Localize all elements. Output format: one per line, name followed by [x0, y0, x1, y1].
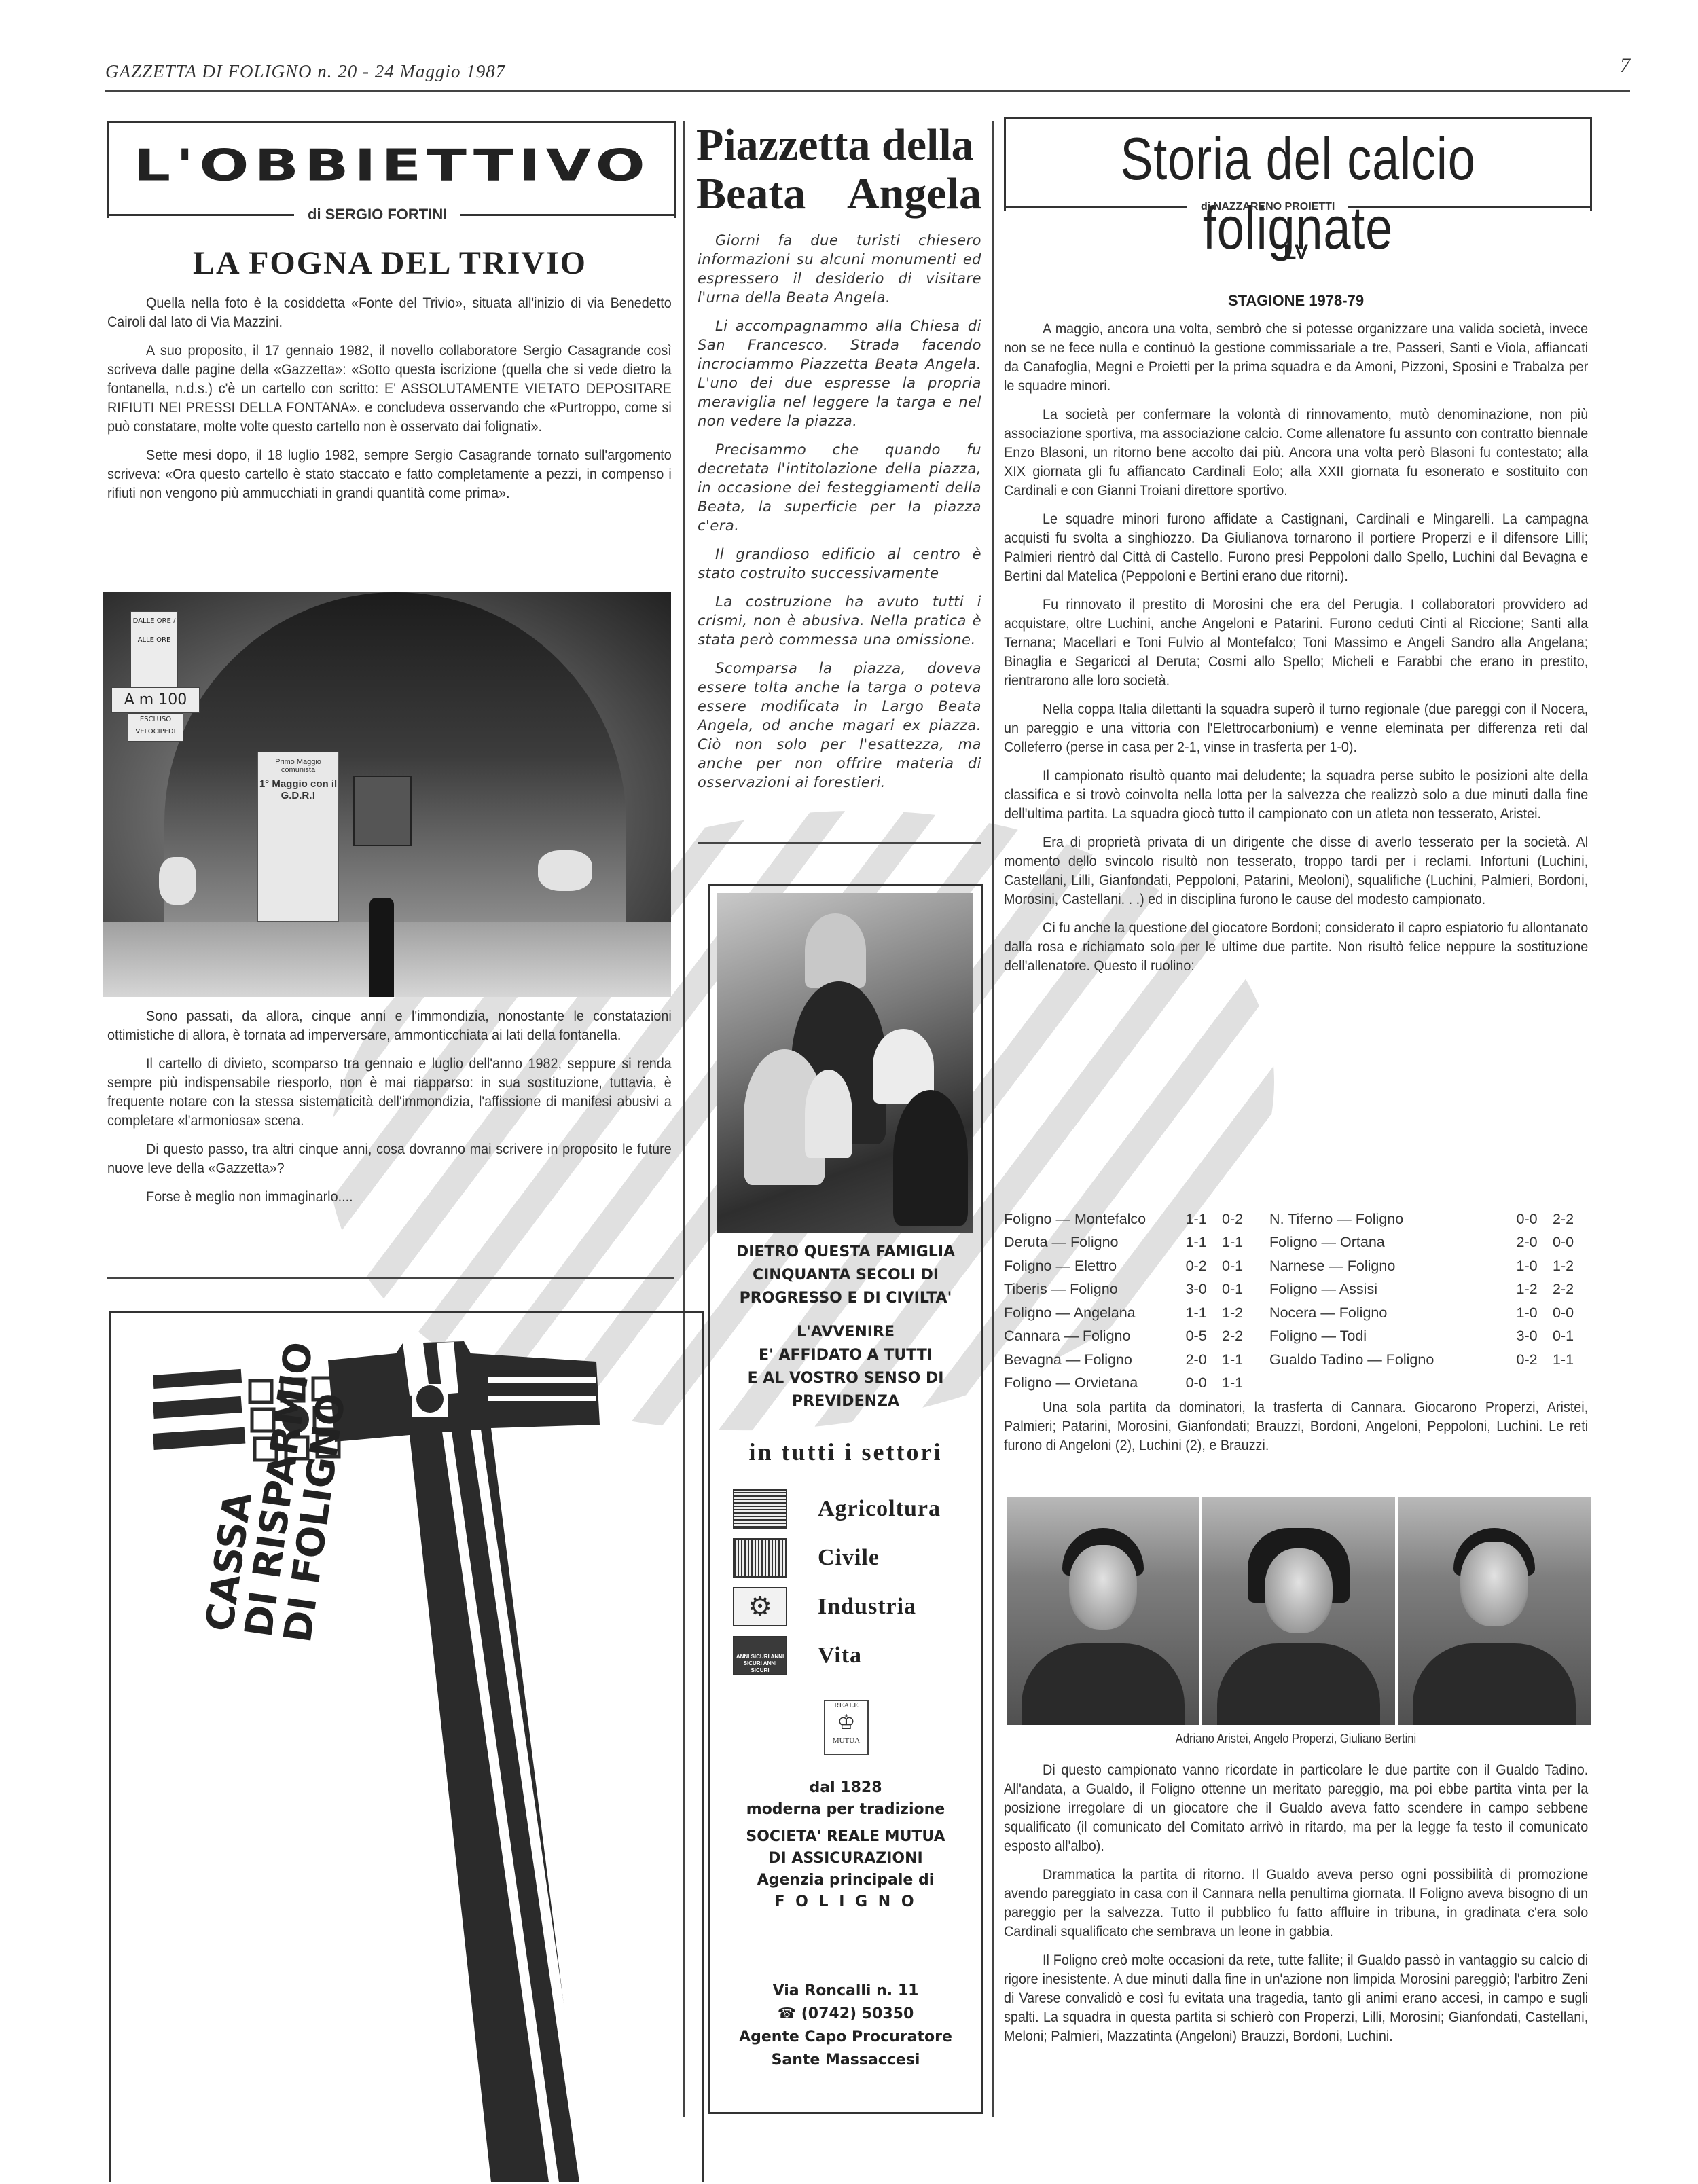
sign-hours: DALLE ORE / ALLE ORE: [130, 611, 178, 694]
score-cell: 1-1: [1186, 1207, 1222, 1231]
paragraph: Di questo campionato vanno ricordate in …: [1004, 1760, 1588, 1855]
tree-landscape-icon: [733, 1489, 787, 1529]
paragraph: Precisammo che quando fu decretata l'int…: [698, 440, 981, 535]
ad-slogan-1: DIETRO QUESTA FAMIGLIA CINQUANTA SECOLI …: [710, 1241, 981, 1310]
ad-contact-info: Via Roncalli n. 11 ☎ (0742) 50350 Agente…: [710, 1980, 981, 2072]
article-body-a: A maggio, ancora una volta, sembrò che s…: [1004, 319, 1588, 975]
score-cell: 0-2: [1222, 1207, 1269, 1231]
sector-civile: Civile: [733, 1538, 880, 1578]
paragraph: Forse è meglio non immaginarlo....: [107, 1187, 672, 1206]
paragraph: Fu rinnovato il prestito di Morosini che…: [1004, 595, 1588, 690]
score-cell: 3-0: [1186, 1278, 1222, 1302]
results-row: Foligno — Angelana1-11-2Nocera — Foligno…: [1004, 1301, 1588, 1325]
results-row: Bevagna — Foligno2-01-1Gualdo Tadino — F…: [1004, 1348, 1588, 1372]
player-photo-aristei: [1007, 1497, 1199, 1725]
paragraph: Una sola partita da dominatori, la trasf…: [1004, 1398, 1588, 1455]
paragraph: La società per confermare la volontà di …: [1004, 405, 1588, 500]
match-cell: Cannara — Foligno: [1004, 1325, 1186, 1349]
results-row: Foligno — Montefalco1-10-2N. Tiferno — F…: [1004, 1207, 1588, 1231]
coat-of-arms-icon: ♔: [825, 1709, 867, 1736]
ad-sectors-title: in tutti i settori: [710, 1438, 981, 1466]
article-headline: LA FOGNA DEL TRIVIO: [107, 244, 672, 282]
match-cell: Foligno — Todi: [1269, 1325, 1517, 1349]
ad-reale-mutua: DIETRO QUESTA FAMIGLIA CINQUANTA SECOLI …: [708, 884, 983, 2114]
byline-nazzareno-proietti: di NAZZARENO PROIETTI: [1201, 201, 1335, 213]
header-rule: [105, 90, 1630, 92]
score-cell: 0-5: [1186, 1325, 1222, 1349]
score-cell: 1-2: [1517, 1278, 1553, 1302]
family-house-icon: [733, 1538, 787, 1578]
score-cell: 0-1: [1222, 1254, 1269, 1278]
paragraph: Ci fu anche la questione del giocatore B…: [1004, 918, 1588, 975]
page-number: 7: [1620, 54, 1630, 77]
score-cell: 0-0: [1517, 1207, 1553, 1231]
photo-players: [1007, 1497, 1591, 1725]
match-cell: Narnese — Foligno: [1269, 1254, 1517, 1278]
results-table: Foligno — Montefalco1-10-2N. Tiferno — F…: [1004, 1207, 1588, 1395]
column-title-box: Storia del calcio folignate: [1004, 117, 1592, 211]
paragraph: Era di proprietà privata di un dirigente…: [1004, 833, 1588, 909]
paragraph: Li accompagnammo alla Chiesa di San Fran…: [698, 316, 981, 431]
score-cell: 1-1: [1186, 1231, 1222, 1255]
sector-industria: ⚙ Industria: [733, 1587, 916, 1626]
results-row: Foligno — Elettro0-20-1Narnese — Foligno…: [1004, 1254, 1588, 1278]
score-cell: 1-1: [1222, 1348, 1269, 1372]
score-cell: 1-0: [1517, 1301, 1553, 1325]
match-cell: Bevagna — Foligno: [1004, 1348, 1186, 1372]
score-cell: 0-2: [1186, 1254, 1222, 1278]
page-header-publication: GAZZETTA DI FOLIGNO n. 20 - 24 Maggio 19…: [105, 61, 505, 82]
score-cell: [1517, 1372, 1553, 1396]
family-photo: [717, 893, 973, 1233]
player-photo-bertini: [1398, 1497, 1591, 1725]
score-cell: 0-1: [1222, 1278, 1269, 1302]
byline-row: di NAZZARENO PROIETTI: [1004, 201, 1592, 213]
sign-escluso-velocipedi: ESCLUSO VELOCIPEDI: [128, 713, 183, 742]
section-rule: [107, 1277, 674, 1279]
photo-fonte-del-trivio: DALLE ORE / ALLE ORE A m 100 ESCLUSO VEL…: [103, 592, 671, 997]
paragraph: Drammatica la partita di ritorno. Il Gua…: [1004, 1865, 1588, 1941]
chapter-number: LV: [1004, 241, 1588, 264]
results-row: Cannara — Foligno0-52-2Foligno — Todi3-0…: [1004, 1325, 1588, 1349]
gear-icon: ⚙: [733, 1587, 787, 1626]
score-cell: 1-1: [1186, 1301, 1222, 1325]
paragraph: Il cartello di divieto, scomparso tra ge…: [107, 1054, 672, 1130]
score-cell: 1-2: [1222, 1301, 1269, 1325]
ad-company-info: dal 1828 moderna per tradizione SOCIETA'…: [710, 1777, 981, 1913]
match-cell: Foligno — Montefalco: [1004, 1207, 1186, 1231]
score-cell: 2-2: [1553, 1207, 1588, 1231]
byline-sergio-fortini: di SERGIO FORTINI: [308, 206, 447, 223]
score-cell: 1-1: [1222, 1231, 1269, 1255]
paragraph: A suo proposito, il 17 gennaio 1982, il …: [107, 341, 672, 436]
wall-plaque: [353, 776, 412, 846]
paragraph: Le squadre minori furono affidate a Cast…: [1004, 509, 1588, 585]
cassa-cross-logo-icon: [111, 1313, 702, 2182]
sector-agricoltura: Agricoltura: [733, 1489, 941, 1529]
article-body-b: Di questo campionato vanno ricordate in …: [1004, 1760, 1588, 2055]
match-cell: Nocera — Foligno: [1269, 1301, 1517, 1325]
score-cell: 2-0: [1186, 1348, 1222, 1372]
article-body-bottom: Sono passati, da allora, cinque anni e l…: [107, 1006, 672, 1216]
results-row: Deruta — Foligno1-11-1Foligno — Ortana2-…: [1004, 1231, 1588, 1255]
article-body-piazzetta: Giorni fa due turisti chiesero informazi…: [698, 231, 981, 801]
score-cell: 0-1: [1553, 1325, 1588, 1349]
score-cell: 1-1: [1222, 1372, 1269, 1396]
paragraph: Sette mesi dopo, il 18 luglio 1982, semp…: [107, 445, 672, 503]
paragraph: Scomparsa la piazza, doveva essere tolta…: [698, 659, 981, 792]
paragraph: A maggio, ancora una volta, sembrò che s…: [1004, 319, 1588, 395]
paragraph: Il grandioso edificio al centro è stato …: [698, 545, 981, 583]
paragraph: Sono passati, da allora, cinque anni e l…: [107, 1006, 672, 1044]
player-photo-properzi: [1202, 1497, 1395, 1725]
paragraph: La costruzione ha avuto tutti i crismi, …: [698, 592, 981, 649]
paragraph: Nella coppa Italia dilettanti la squadra…: [1004, 699, 1588, 757]
score-cell: 1-0: [1517, 1254, 1553, 1278]
match-cell: Foligno — Orvietana: [1004, 1372, 1186, 1396]
paragraph: Giorni fa due turisti chiesero informazi…: [698, 231, 981, 307]
match-cell: Tiberis — Foligno: [1004, 1278, 1186, 1302]
score-cell: 3-0: [1517, 1325, 1553, 1349]
trash-bag: [159, 857, 196, 905]
match-cell: Foligno — Angelana: [1004, 1301, 1186, 1325]
byline-row: di SERGIO FORTINI: [107, 206, 676, 223]
score-cell: 0-0: [1186, 1372, 1222, 1396]
match-cell: Deruta — Foligno: [1004, 1231, 1186, 1255]
article-body-top: Quella nella foto è la cosiddetta «Fonte…: [107, 293, 672, 512]
ad-slogan-2: L'AVVENIRE E' AFFIDATO A TUTTI E AL VOST…: [710, 1321, 981, 1413]
score-cell: 1-1: [1553, 1348, 1588, 1372]
results-row: Tiberis — Foligno3-00-1Foligno — Assisi1…: [1004, 1278, 1588, 1302]
score-cell: [1553, 1372, 1588, 1396]
article-headline-piazzetta: Piazzetta della Beata Angela: [696, 121, 981, 219]
masthead-lobbiettivo: L'OBBIETTIVO: [109, 140, 674, 191]
paragraph: Il campionato risultò quanto mai deluden…: [1004, 766, 1588, 823]
anni-sicuri-icon: ANNI SICURI ANNI SICURI ANNI SICURI: [733, 1636, 787, 1675]
wall-poster: Primo Maggio comunista 1° Maggio con il …: [257, 752, 339, 922]
match-cell: Foligno — Ortana: [1269, 1231, 1517, 1255]
trash-bag: [538, 850, 592, 891]
season-heading: STAGIONE 1978-79: [1004, 292, 1588, 310]
article-body-after-results: Una sola partita da dominatori, la trasf…: [1004, 1398, 1588, 1464]
match-cell: Foligno — Assisi: [1269, 1278, 1517, 1302]
score-cell: 0-0: [1553, 1231, 1588, 1255]
results-row: Foligno — Orvietana0-01-1: [1004, 1372, 1588, 1396]
match-cell: Foligno — Elettro: [1004, 1254, 1186, 1278]
column-divider-2: [992, 121, 994, 2117]
score-cell: 2-0: [1517, 1231, 1553, 1255]
paragraph: Quella nella foto è la cosiddetta «Fonte…: [107, 293, 672, 331]
section-rule: [698, 842, 981, 844]
reale-mutua-logo: REALE ♔ MUTUA: [824, 1700, 869, 1755]
match-cell: [1269, 1372, 1517, 1396]
score-cell: 2-2: [1553, 1278, 1588, 1302]
match-cell: N. Tiferno — Foligno: [1269, 1207, 1517, 1231]
score-cell: 0-2: [1517, 1348, 1553, 1372]
masthead-box: L'OBBIETTIVO: [107, 121, 676, 218]
photo-caption: Adriano Aristei, Angelo Properzi, Giulia…: [1027, 1732, 1564, 1746]
ad-cassa-di-risparmio: CASSA DI RISPARMIO DI FOLIGNO: [109, 1311, 704, 2182]
match-cell: Gualdo Tadino — Foligno: [1269, 1348, 1517, 1372]
paragraph: Di questo passo, tra altri cinque anni, …: [107, 1140, 672, 1178]
fountain-column: [369, 898, 394, 997]
paragraph: Il Foligno creò molte occasioni da rete,…: [1004, 1950, 1588, 2045]
score-cell: 2-2: [1222, 1325, 1269, 1349]
sign-distance: A m 100: [111, 687, 200, 713]
telephone-icon: ☎: [778, 2005, 801, 2022]
sector-vita: ANNI SICURI ANNI SICURI ANNI SICURI Vita: [733, 1636, 862, 1675]
score-cell: 0-0: [1553, 1301, 1588, 1325]
score-cell: 1-2: [1553, 1254, 1588, 1278]
